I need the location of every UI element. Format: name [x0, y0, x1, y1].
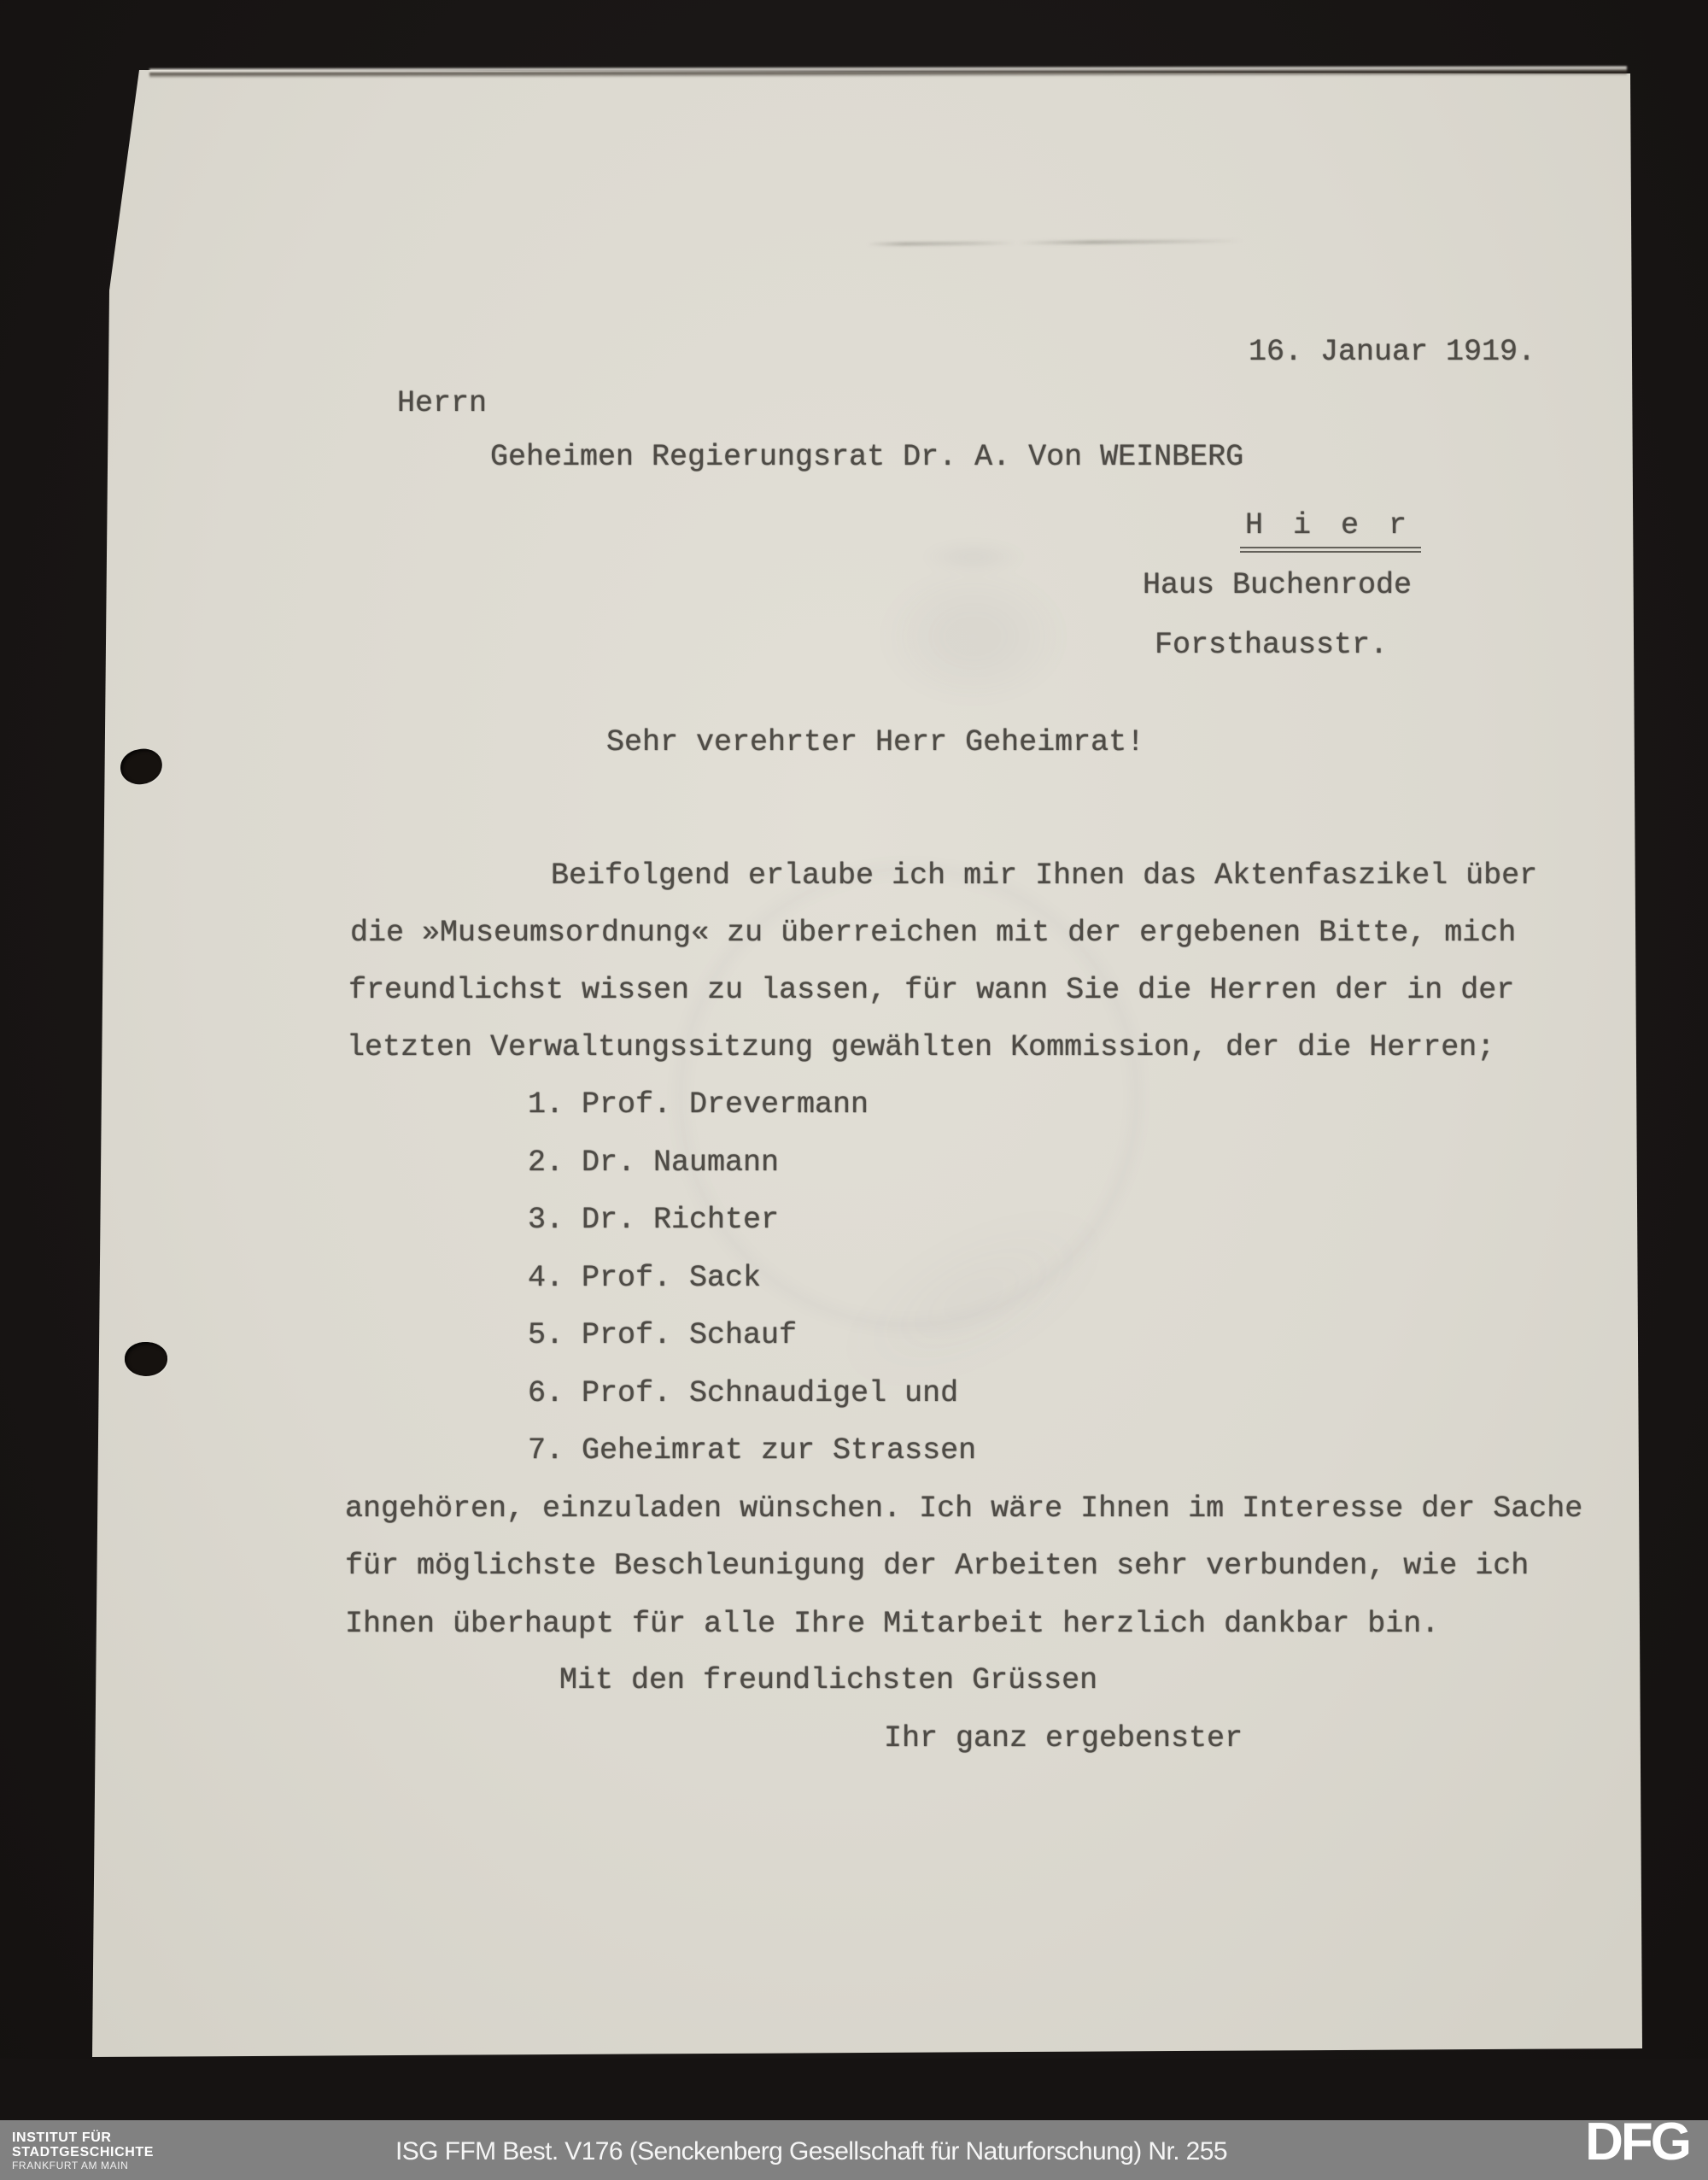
body-para2-line2: für möglichste Beschleunigung der Arbeit…	[345, 1551, 1529, 1581]
body-para1-line4: letzten Verwaltungssitzung gewählten Kom…	[347, 1033, 1494, 1063]
list-item-5: 5. Prof. Schauf	[528, 1321, 797, 1351]
letter-date: 16. Januar 1919.	[1249, 337, 1535, 367]
institute-logo-line2: STADTGESCHICHTE	[12, 2145, 154, 2159]
recipient-place: H i e r	[1240, 511, 1421, 553]
institute-logo-line1: INSTITUT FÜR	[12, 2130, 154, 2145]
list-item-7: 7. Geheimrat zur Strassen	[528, 1436, 976, 1466]
list-item-6: 6. Prof. Schnaudigel und	[528, 1379, 958, 1409]
body-para2-line1: angehören, einzuladen wünschen. Ich wäre…	[345, 1494, 1582, 1524]
archive-reference-caption: ISG FFM Best. V176 (Senckenberg Gesellsc…	[395, 2137, 1227, 2166]
list-item-2: 2. Dr. Naumann	[528, 1148, 779, 1178]
recipient-address-2: Forsthausstr.	[1155, 630, 1388, 660]
list-item-4: 4. Prof. Sack	[528, 1263, 761, 1293]
recipient-line-1: Herrn	[397, 389, 487, 419]
dfg-logo: DFG	[1585, 2116, 1689, 2169]
body-para1-line3: freundlichst wissen zu lassen, für wann …	[348, 976, 1514, 1005]
institute-logo: INSTITUT FÜR STADTGESCHICHTE FRANKFURT A…	[12, 2130, 154, 2172]
list-item-1: 1. Prof. Drevermann	[528, 1090, 869, 1120]
list-item-3: 3. Dr. Richter	[528, 1205, 779, 1235]
closing-line: Mit den freundlichsten Grüssen	[559, 1666, 1097, 1696]
scan-viewer: 16. Januar 1919. Herrn Geheimen Regierun…	[0, 0, 1708, 2180]
signature-line: Ihr ganz ergebenster	[884, 1724, 1243, 1754]
recipient-line-2: Geheimen Regierungsrat Dr. A. Von WEINBE…	[490, 442, 1243, 472]
recipient-address-1: Haus Buchenrode	[1143, 571, 1412, 601]
body-para1-line2: die »Museumsordnung« zu überreichen mit …	[350, 918, 1516, 948]
institute-logo-line3: FRANKFURT AM MAIN	[12, 2159, 154, 2172]
salutation: Sehr verehrter Herr Geheimrat!	[606, 728, 1144, 758]
body-para1-line1: Beifolgend erlaube ich mir Ihnen das Akt…	[551, 861, 1537, 891]
body-para2-line3: Ihnen überhaupt für alle Ihre Mitarbeit …	[345, 1609, 1439, 1639]
